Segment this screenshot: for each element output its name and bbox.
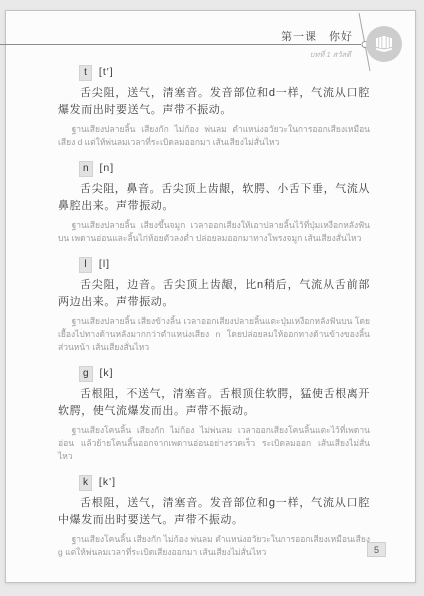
phoneme-ipa: [k] [99, 367, 113, 379]
thai-translation: ฐานเสียงปลายลิ้น เสียงขึ้นจมูก เวลาออกเส… [58, 219, 370, 245]
publisher-logo [366, 26, 402, 62]
chinese-description: 舌尖阻，边音。舌尖顶上齿龈，比n稍后，气流从舌前部两边出来。声带振动。 [58, 277, 370, 311]
phoneme-letter-box: n [79, 161, 93, 177]
document-page: 第一课 你好 บทที่ 1 สวัสดี [5, 10, 416, 583]
phoneme-letter-box: k [79, 475, 92, 491]
chinese-description: 舌根阻，不送气，清塞音。舌根顶住软腭，猛使舌根离开软腭，使气流爆发而出。声带不振… [58, 386, 370, 420]
phoneme-section: t [t'] 舌尖阻，送气，清塞音。发音部位和d一样，气流从口腔爆发而出时要送气… [58, 65, 370, 149]
phoneme-section: k [k'] 舌根阻，送气，清塞音。发音部位和g一样，气流从口腔中爆发而出时要送… [58, 475, 370, 559]
thai-translation: ฐานเสียงปลายลิ้น เสียงข้างลิ้น เวลาออกเส… [58, 315, 370, 354]
lesson-title: 第一课 你好 [281, 28, 353, 44]
book-crest-icon [373, 33, 395, 55]
thai-translation: ฐานเสียงปลายลิ้น เสียงกัก ไม่ก้อง พ่นลม … [58, 123, 370, 149]
phoneme-heading: g [k] [58, 366, 370, 382]
phoneme-heading: k [k'] [58, 475, 370, 491]
phoneme-letter-box: t [79, 65, 92, 81]
phoneme-ipa: [t'] [99, 66, 114, 78]
chinese-description: 舌尖阻，送气，清塞音。发音部位和d一样，气流从口腔爆发而出时要送气。声带不振动。 [58, 85, 370, 119]
phoneme-ipa: [l] [99, 258, 110, 270]
phoneme-section: n [n] 舌尖阻，鼻音。舌尖顶上齿龈，软腭、小舌下垂，气流从鼻腔出来。声带振动… [58, 161, 370, 245]
phoneme-heading: l [l] [58, 257, 370, 273]
thai-translation: ฐานเสียงโคนลิ้น เสียงกัก ไม่ก้อง ไม่พ่นล… [58, 424, 370, 463]
page-number: 5 [367, 542, 386, 557]
phoneme-heading: t [t'] [58, 65, 370, 81]
chinese-description: 舌尖阻，鼻音。舌尖顶上齿龈，软腭、小舌下垂，气流从鼻腔出来。声带振动。 [58, 181, 370, 215]
chinese-description: 舌根阻，送气，清塞音。发音部位和g一样，气流从口腔中爆发而出时要送气。声带不振动… [58, 495, 370, 529]
phoneme-letter-box: g [79, 366, 93, 382]
lesson-subtitle-thai: บทที่ 1 สวัสดี [310, 49, 351, 61]
phoneme-ipa: [n] [99, 162, 114, 174]
sections: t [t'] 舌尖阻，送气，清塞音。发音部位和d一样，气流从口腔爆发而出时要送气… [58, 65, 370, 571]
phoneme-section: l [l] 舌尖阻，边音。舌尖顶上齿龈，比n稍后，气流从舌前部两边出来。声带振动… [58, 257, 370, 354]
phoneme-ipa: [k'] [99, 476, 116, 488]
phoneme-section: g [k] 舌根阻，不送气，清塞音。舌根顶住软腭，猛使舌根离开软腭，使气流爆发而… [58, 366, 370, 463]
page-background: 第一课 你好 บทที่ 1 สวัสดี [0, 0, 424, 596]
phoneme-heading: n [n] [58, 161, 370, 177]
phoneme-letter-box: l [79, 257, 92, 273]
thai-translation: ฐานเสียงโคนลิ้น เสียงกัก ไม่ก้อง พ่นลม ต… [58, 533, 370, 559]
header-rule [0, 44, 361, 45]
